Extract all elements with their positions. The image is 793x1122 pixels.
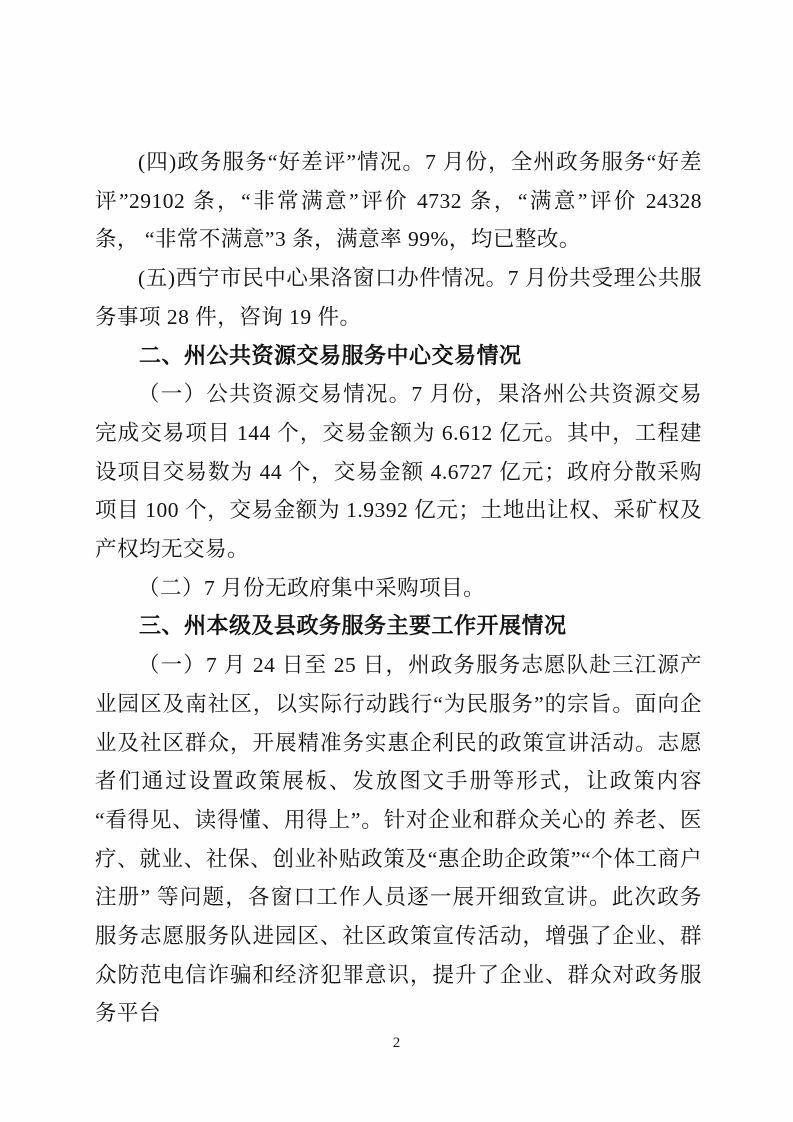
paragraph-xining-window: (五)西宁市民中心果洛窗口办件情况。7 月份共受理公共服务事项 28 件，咨询 … xyxy=(95,259,702,336)
paragraph-haochaping-stats: (四)政务服务“好差评”情况。7 月份，全州政务服务“好差评”29102 条，“… xyxy=(95,143,702,259)
document-body: (四)政务服务“好差评”情况。7 月份，全州政务服务“好差评”29102 条，“… xyxy=(95,143,702,1033)
paragraph-trade-stats: （一）公共资源交易情况。7 月份，果洛州公共资源交易完成交易项目 144 个，交… xyxy=(95,375,702,569)
page-number: 2 xyxy=(0,1032,793,1054)
document-page: (四)政务服务“好差评”情况。7 月份，全州政务服务“好差评”29102 条，“… xyxy=(0,0,793,1122)
section-heading-2: 二、州公共资源交易服务中心交易情况 xyxy=(95,337,702,376)
section-heading-3: 三、州本级及县政务服务主要工作开展情况 xyxy=(95,607,702,646)
paragraph-volunteer-activity: （一）7 月 24 日至 25 日，州政务服务志愿队赴三江源产业园区及南社区，以… xyxy=(95,646,702,1033)
paragraph-no-procurement: （二）7 月份无政府集中采购项目。 xyxy=(95,569,702,608)
